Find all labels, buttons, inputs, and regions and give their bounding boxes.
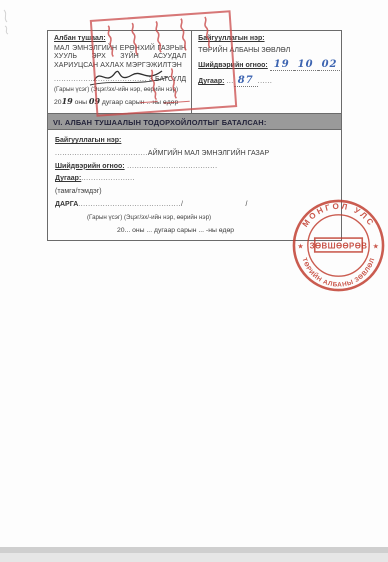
date-year-handwritten: 19 <box>62 96 73 106</box>
stamp-star-right-icon: ★ <box>373 242 379 250</box>
decision-day-handwritten: 02 <box>318 59 342 71</box>
approval-org-value: АЙМГИЙН МАЛ ЭМНЭЛГИЙН ГАЗАР <box>148 150 269 157</box>
scan-artifact <box>1 6 17 36</box>
approval-decision-date-dots: ..................................... <box>125 163 218 170</box>
approval-org-label: Байгууллагын нэр: <box>55 137 121 144</box>
approval-org-dots: ...................................... <box>55 150 148 157</box>
approval-number-dots: ...................... <box>81 175 135 182</box>
decision-year-handwritten: 19 <box>270 59 294 71</box>
number-value-handwritten: 87 <box>234 75 258 87</box>
stamp-star-left-icon: ★ <box>297 242 303 250</box>
director-label: ДАРГА <box>55 201 78 208</box>
round-approval-stamp: МОНГОЛ УЛС ТӨРИЙН АЛБАНЫ ЗӨВЛӨЛ ЗӨВШӨӨРӨ… <box>289 196 388 295</box>
approval-decision-date-label: Шийдвэрийн огноо: <box>55 163 125 170</box>
number-dots-post: ...... <box>258 78 273 85</box>
approval-number-label: Дугаар: <box>55 175 81 182</box>
director-dots: ........................................… <box>78 201 183 208</box>
date-mid1: оны <box>73 99 89 106</box>
stamp-center-text: ЗӨВШӨӨРӨВ <box>310 241 368 250</box>
director-slash: / <box>245 201 247 208</box>
stamp-note: (тамга/тэмдэг) <box>55 188 102 195</box>
mongolian-script-glyphs <box>92 12 235 114</box>
document-page: Албан тушаал: МАЛ ЭМНЭЛГИЙН ЕРӨНХИЙ ГАЗР… <box>0 0 388 562</box>
date-prefix: 20 <box>54 99 62 106</box>
decision-month-handwritten: 10 <box>294 59 318 71</box>
rectangular-stamp <box>90 10 237 117</box>
background-below-page <box>0 553 388 562</box>
section-header: VI. АЛБАН ТУШААЛЫН ТОДОРХОЙЛОЛТЫГ БАТАЛС… <box>48 113 341 130</box>
